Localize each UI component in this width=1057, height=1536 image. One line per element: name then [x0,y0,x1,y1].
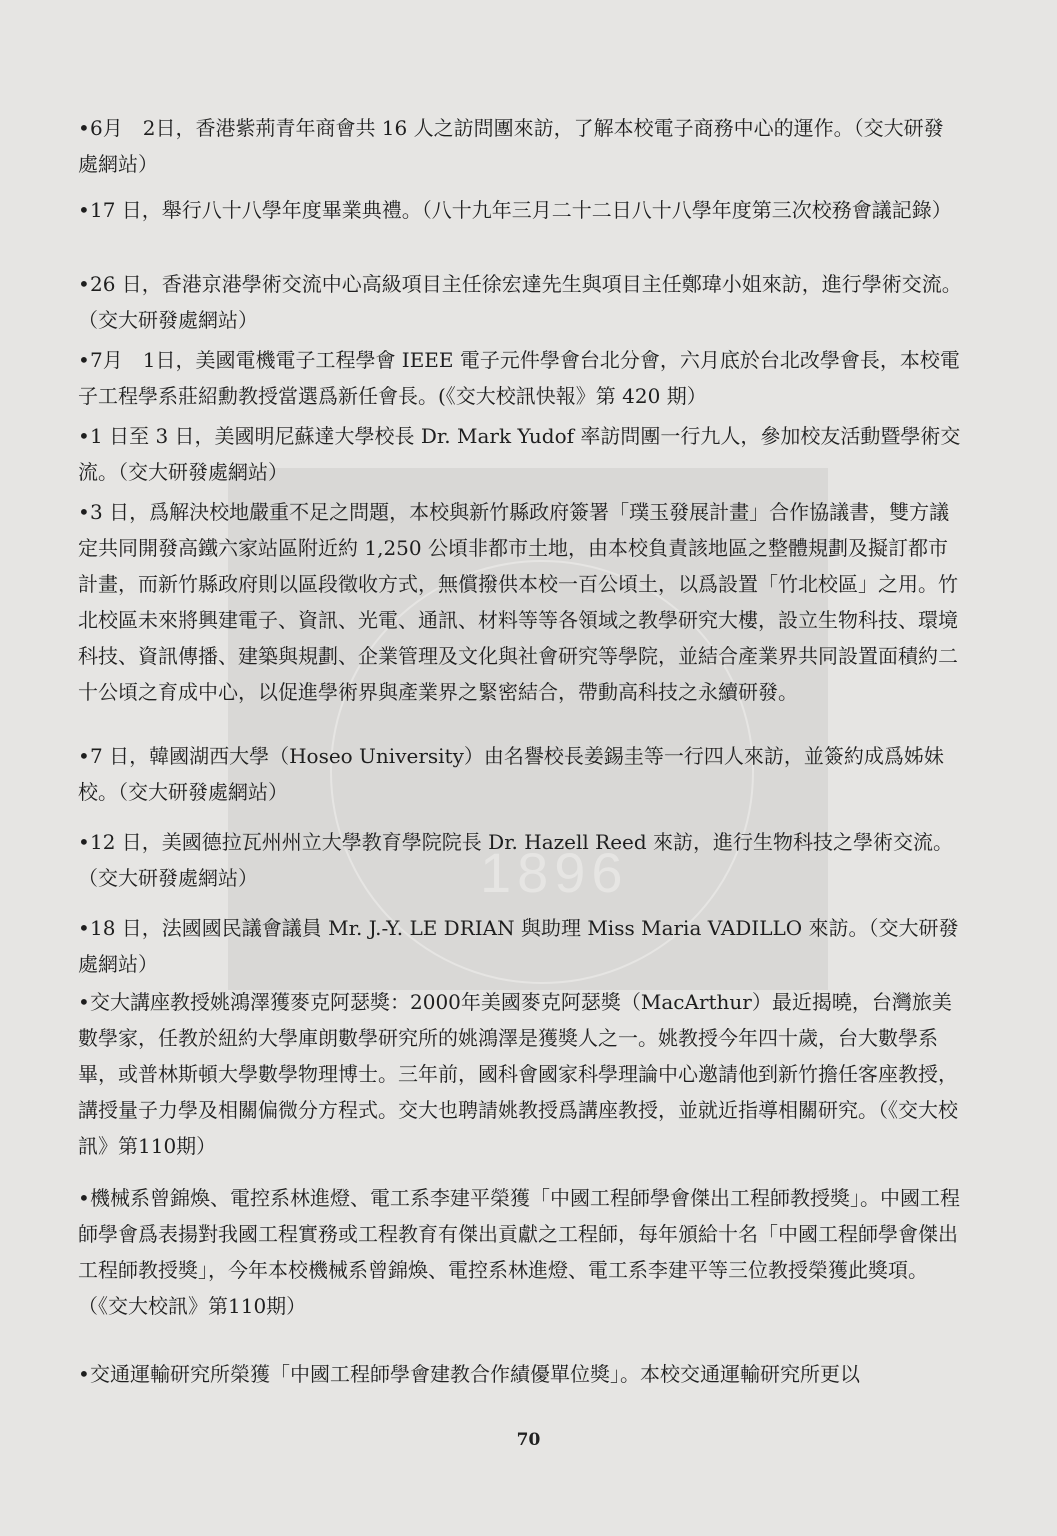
entry-macarthur-award: •交大講座教授姚鴻澤獲麥克阿瑟獎：2000年美國麥克阿瑟獎（MacArthur）… [78,984,962,1164]
bullet-icon: • [78,110,90,146]
entry-text: 7 日，韓國湖西大學（Hoseo University）由名譽校長姜錫圭等一行四… [78,744,944,804]
bullet-icon: • [78,342,90,378]
entry-july-1-ieee: •7月 1日，美國電機電子工程學會 IEEE 電子元件學會台北分會，六月底於台北… [78,342,962,414]
bullet-icon: • [78,1356,90,1392]
bullet-icon: • [78,824,90,860]
bullet-icon: • [78,494,90,530]
entry-july-18-france: •18 日，法國國民議會議員 Mr. J.-Y. LE DRIAN 與助理 Mi… [78,910,962,982]
entry-text: 3 日，爲解決校地嚴重不足之問題，本校與新竹縣政府簽署「璞玉發展計畫」合作協議書… [78,500,958,704]
entry-text: 交大講座教授姚鴻澤獲麥克阿瑟獎：2000年美國麥克阿瑟獎（MacArthur）最… [78,990,958,1158]
bullet-icon: • [78,738,90,774]
entry-june-26: •26 日，香港京港學術交流中心高級項目主任徐宏達先生與項目主任鄭瑋小姐來訪，進… [78,266,962,338]
entry-july-12-delaware: •12 日，美國德拉瓦州州立大學教育學院院長 Dr. Hazell Reed 來… [78,824,962,896]
entry-text: 機械系曾錦煥、電控系林進燈、電工系李建平榮獲「中國工程師學會傑出工程師教授獎」。… [78,1186,960,1318]
page-number: 70 [0,1430,1057,1450]
entry-text: 17 日，舉行八十八學年度畢業典禮。（八十九年三月二十二日八十八學年度第三次校務… [90,198,952,222]
entry-transport-institute: •交通運輸研究所榮獲「中國工程師學會建教合作績優單位獎」。本校交通運輸研究所更以 [78,1356,962,1392]
entry-text: 12 日，美國德拉瓦州州立大學教育學院院長 Dr. Hazell Reed 來訪… [78,830,953,890]
entry-text: 26 日，香港京港學術交流中心高級項目主任徐宏達先生與項目主任鄭瑋小姐來訪，進行… [78,272,962,332]
entry-engineer-award: •機械系曾錦煥、電控系林進燈、電工系李建平榮獲「中國工程師學會傑出工程師教授獎」… [78,1180,962,1324]
entry-july-7-hoseo: •7 日，韓國湖西大學（Hoseo University）由名譽校長姜錫圭等一行… [78,738,962,810]
bullet-icon: • [78,910,90,946]
entry-text: 交通運輸研究所榮獲「中國工程師學會建教合作績優單位獎」。本校交通運輸研究所更以 [90,1362,860,1386]
bullet-icon: • [78,266,90,302]
bullet-icon: • [78,984,90,1020]
entry-june-17: •17 日，舉行八十八學年度畢業典禮。（八十九年三月二十二日八十八學年度第三次校… [78,192,962,228]
entry-text: 6月 2日，香港紫荊青年商會共 16 人之訪問團來訪，了解本校電子商務中心的運作… [78,116,944,176]
bullet-icon: • [78,1180,90,1216]
bullet-icon: • [78,418,90,454]
entry-text: 18 日，法國國民議會議員 Mr. J.-Y. LE DRIAN 與助理 Mis… [78,916,959,976]
entry-july-3-campus: •3 日，爲解決校地嚴重不足之問題，本校與新竹縣政府簽署「璞玉發展計畫」合作協議… [78,494,962,710]
bullet-icon: • [78,192,90,228]
entry-july-1-3-minnesota: •1 日至 3 日，美國明尼蘇達大學校長 Dr. Mark Yudof 率訪問團… [78,418,962,490]
entry-june-2: •6月 2日，香港紫荊青年商會共 16 人之訪問團來訪，了解本校電子商務中心的運… [78,110,962,182]
entry-text: 7月 1日，美國電機電子工程學會 IEEE 電子元件學會台北分會，六月底於台北改… [78,348,960,408]
entry-text: 1 日至 3 日，美國明尼蘇達大學校長 Dr. Mark Yudof 率訪問團一… [78,424,960,484]
